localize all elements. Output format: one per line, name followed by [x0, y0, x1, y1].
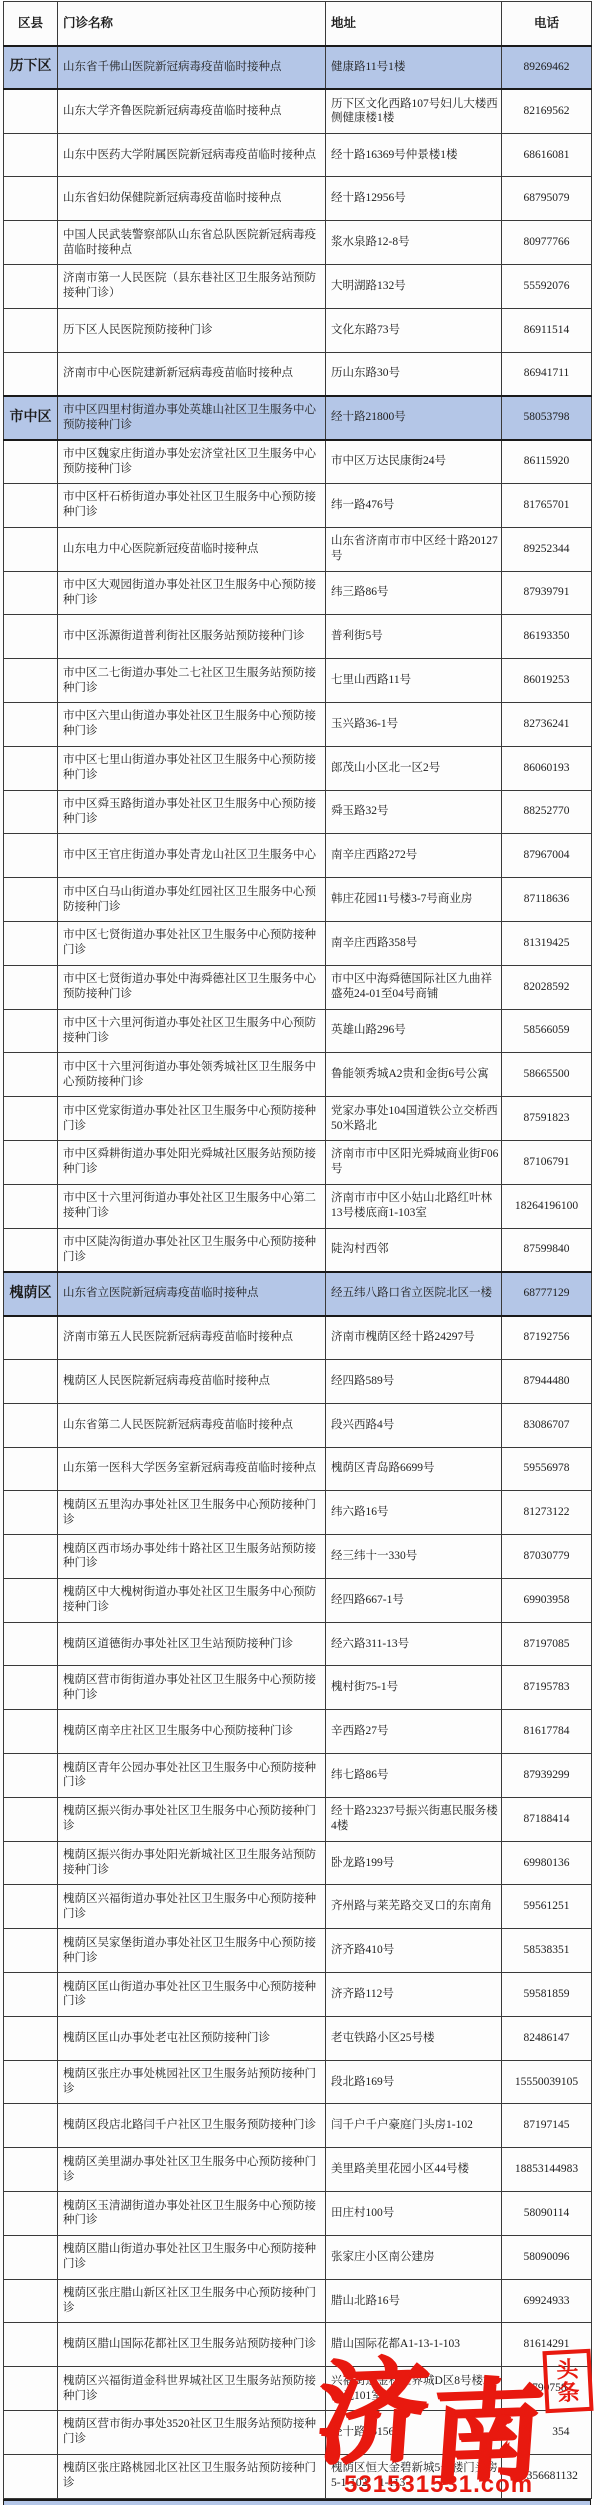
table-row: 市中区泺源街道普利街社区服务站预防接种门诊普利街5号86193350	[4, 615, 592, 659]
phone-cell: 82028592	[502, 965, 592, 1009]
clinic-name-cell: 槐荫区中大槐树街道办事处社区卫生服务中心预防接种门诊	[58, 1578, 326, 1622]
phone-cell: 87197145	[502, 2104, 592, 2148]
phone-cell: 81617784	[502, 1710, 592, 1754]
address-cell: 槐村街75-1号	[326, 1666, 502, 1710]
phone-cell: 87118636	[502, 878, 592, 922]
clinic-name-cell: 山东电力中心医院新冠疫苗临时接种点	[58, 527, 326, 571]
clinic-name-cell: 市中区四里村街道办事处英雄山社区卫生服务中心预防接种门诊	[58, 396, 326, 440]
district-cell	[4, 659, 58, 703]
phone-cell: 87197085	[502, 1622, 592, 1666]
district-cell	[4, 133, 58, 177]
table-row: 槐荫区山东省立医院新冠病毒疫苗临时接种点经五纬八路口省立医院北区一楼687771…	[4, 1272, 592, 1316]
address-cell: 济南市市中区小姑山北路红叶林13号楼底商1-103室	[326, 1184, 502, 1228]
table-row: 山东中医药大学附属医院新冠病毒疫苗临时接种点经十路16369号仲景楼1楼6861…	[4, 133, 592, 177]
district-cell	[4, 834, 58, 878]
clinic-name-cell: 历下区人民医院预防接种门诊	[58, 308, 326, 352]
district-cell	[4, 1184, 58, 1228]
phone-cell: 69980136	[502, 1841, 592, 1885]
clinic-name-cell: 槐荫区美里湖办事处社区卫生服务中心预防接种门诊	[58, 2148, 326, 2192]
clinic-name-cell: 市中区六里山街道办事处社区卫生服务中心预防接种门诊	[58, 702, 326, 746]
table-row: 市中区魏家庄街道办事处宏济堂社区卫生服务中心预防接种门诊市中区万达民康街24号8…	[4, 440, 592, 484]
clinic-name-cell: 市中区大观园街道办事处社区卫生服务中心预防接种门诊	[58, 571, 326, 615]
district-cell	[4, 1491, 58, 1535]
phone-cell: 69924933	[502, 2279, 592, 2323]
address-cell: 市中区中海舜德国际社区九曲祥盛苑24-01至04号商铺	[326, 965, 502, 1009]
phone-cell: 81614291	[502, 2323, 592, 2367]
district-cell	[4, 89, 58, 133]
clinic-name-cell: 槐荫区张庄路桃园北区社区卫生服务站预防接种门诊	[58, 2454, 326, 2498]
address-cell: 陡沟村西邻	[326, 1228, 502, 1272]
table-row: 槐荫区营市街办事处3520社区卫生服务站预防接种门诊经十路25156号8 354	[4, 2411, 592, 2455]
clinic-name-cell: 槐荫区五里沟办事处社区卫生服务中心预防接种门诊	[58, 1491, 326, 1535]
address-cell: 齐州路与莱芜路交叉口的东南角	[326, 1885, 502, 1929]
district-cell	[4, 615, 58, 659]
address-cell: 纬三路86号	[326, 571, 502, 615]
district-cell	[4, 1885, 58, 1929]
table-row: 槐荫区兴福街道办事处社区卫生服务中心预防接种门诊齐州路与莱芜路交叉口的东南角59…	[4, 1885, 592, 1929]
phone-cell: 15550039105	[502, 2060, 592, 2104]
clinic-name-cell: 市中区党家街道办事处社区卫生服务中心预防接种门诊	[58, 1097, 326, 1141]
address-cell: 经四路589号	[326, 1359, 502, 1403]
district-cell	[4, 1359, 58, 1403]
address-cell: 文化东路73号	[326, 308, 502, 352]
address-cell: 市中区万达民康街24号	[326, 440, 502, 484]
district-cell	[4, 1228, 58, 1272]
phone-cell: 87967004	[502, 834, 592, 878]
address-cell: 槐荫区青岛路6699号	[326, 1447, 502, 1491]
table-row: 山东省第二人民医院新冠病毒疫苗临时接种点段兴西路4号83086707	[4, 1403, 592, 1447]
district-cell	[4, 746, 58, 790]
address-cell: 纬一路476号	[326, 483, 502, 527]
table-row: 市中区陡沟街道办事处社区卫生服务中心预防接种门诊陡沟村西邻87599840	[4, 1228, 592, 1272]
phone-cell: 58566059	[502, 1009, 592, 1053]
address-cell: 鲁能领秀城A2贵和金街6号公寓	[326, 1053, 502, 1097]
table-row: 山东第一医科大学医务室新冠病毒疫苗临时接种点槐荫区青岛路6699号5955697…	[4, 1447, 592, 1491]
district-cell	[4, 790, 58, 834]
address-cell: 济齐路410号	[326, 1929, 502, 1973]
address-cell: 党家办事处104国道铁公立交桥西50米路北	[326, 1097, 502, 1141]
clinic-name-cell: 槐荫区西市场办事处纬十路社区卫生服务站预防接种门诊	[58, 1535, 326, 1579]
district-cell	[4, 2060, 58, 2104]
district-cell	[4, 1316, 58, 1360]
table-row: 槐荫区玉清湖街道办事处社区卫生服务中心预防接种门诊田庄村100号58090114	[4, 2192, 592, 2236]
table-row: 槐荫区腊山国际花都社区卫生服务站预防接种门诊腊山国际花都A1-13-1-1038…	[4, 2323, 592, 2367]
phone-cell: 18853144983	[502, 2148, 592, 2192]
phone-cell: 81273122	[502, 1491, 592, 1535]
clinic-name-cell: 山东中医药大学附属医院新冠病毒疫苗临时接种点	[58, 133, 326, 177]
address-cell: 历下区文化西路107号妇儿大楼西侧健康楼1楼	[326, 89, 502, 133]
phone-cell: 68777129	[502, 1272, 592, 1316]
table-header-row: 区县 门诊名称 地址 电话	[4, 2, 592, 46]
address-cell: 腊山国际花都A1-13-1-103	[326, 2323, 502, 2367]
clinic-name-cell: 市中区泺源街道普利街社区服务站预防接种门诊	[58, 615, 326, 659]
district-cell	[4, 2323, 58, 2367]
phone-cell: 82736241	[502, 702, 592, 746]
address-cell: 健康路11号1楼	[326, 46, 502, 90]
phone-cell: 55592076	[502, 264, 592, 308]
table-row: 市中区党家街道办事处社区卫生服务中心预防接种门诊党家办事处104国道铁公立交桥西…	[4, 1097, 592, 1141]
phone-cell: 86060193	[502, 746, 592, 790]
district-cell	[4, 483, 58, 527]
table-body: 历下区山东省千佛山医院新冠病毒疫苗临时接种点健康路11号1楼89269462山东…	[4, 46, 592, 2499]
phone-cell: 87599840	[502, 1228, 592, 1272]
clinic-name-cell: 槐荫区营市街办事处3520社区卫生服务站预防接种门诊	[58, 2411, 326, 2455]
phone-cell: 82486147	[502, 2016, 592, 2060]
address-cell: 英雄山路296号	[326, 1009, 502, 1053]
address-cell: 玉兴路36-1号	[326, 702, 502, 746]
district-cell	[4, 527, 58, 571]
table-row: 槐荫区人民医院新冠病毒疫苗临时接种点经四路589号87944480	[4, 1359, 592, 1403]
clinic-name-cell: 山东省第二人民医院新冠病毒疫苗临时接种点	[58, 1403, 326, 1447]
table-row: 山东大学齐鲁医院新冠病毒疫苗临时接种点历下区文化西路107号妇儿大楼西侧健康楼1…	[4, 89, 592, 133]
clinic-name-cell: 槐荫区段店北路闫千户社区卫生服务预防接种门诊	[58, 2104, 326, 2148]
district-cell	[4, 2148, 58, 2192]
district-cell	[4, 1009, 58, 1053]
address-cell: 经十路25156号	[326, 2411, 502, 2455]
district-cell	[4, 965, 58, 1009]
address-cell: 南辛庄西路358号	[326, 921, 502, 965]
address-cell: 纬七路86号	[326, 1754, 502, 1798]
header-address: 地址	[326, 2, 502, 46]
phone-cell: 87939791	[502, 571, 592, 615]
table-row: 槐荫区西市场办事处纬十路社区卫生服务站预防接种门诊经三纬十一330号870307…	[4, 1535, 592, 1579]
table-row: 市中区二七街道办事处二七社区卫生服务站预防接种门诊七里山西路11号8601925…	[4, 659, 592, 703]
clinic-name-cell: 市中区七里山街道办事处社区卫生服务中心预防接种门诊	[58, 746, 326, 790]
district-cell	[4, 1578, 58, 1622]
address-cell: 美里路美里花园小区44号楼	[326, 2148, 502, 2192]
phone-cell: 87939299	[502, 1754, 592, 1798]
phone-cell: 8 354	[502, 2411, 592, 2455]
phone-cell: 80977766	[502, 221, 592, 265]
phone-cell: 59556978	[502, 1447, 592, 1491]
table-row: 槐荫区吴家堡街道办事处社区卫生服务中心预防接种门诊济齐路410号58538351	[4, 1929, 592, 1973]
table-row: 槐荫区营市街街道办事处社区卫生服务中心预防接种门诊槐村街75-1号8719578…	[4, 1666, 592, 1710]
district-cell	[4, 2454, 58, 2498]
district-cell	[4, 1622, 58, 1666]
district-cell	[4, 177, 58, 221]
table-row: 市中区十六里河街道办事处社区卫生服务中心第二接种门诊济南市市中区小姑山北路红叶林…	[4, 1184, 592, 1228]
district-cell	[4, 2104, 58, 2148]
phone-cell: 89269462	[502, 46, 592, 90]
vaccination-clinic-list-page: 区县 门诊名称 地址 电话 历下区山东省千佛山医院新冠病毒疫苗临时接种点健康路1…	[0, 0, 600, 2505]
address-cell: 段兴西路4号	[326, 1403, 502, 1447]
header-clinic-name: 门诊名称	[58, 2, 326, 46]
clinic-name-cell: 槐荫区匡山办事处老屯社区预防接种门诊	[58, 2016, 326, 2060]
clinic-name-cell: 山东第一医科大学医务室新冠病毒疫苗临时接种点	[58, 1447, 326, 1491]
district-cell	[4, 2016, 58, 2060]
district-cell	[4, 2192, 58, 2236]
clinic-name-cell: 山东省千佛山医院新冠病毒疫苗临时接种点	[58, 46, 326, 90]
district-cell: 历下区	[4, 46, 58, 90]
table-row: 槐荫区张庄路桃园北区社区卫生服务站预防接种门诊槐荫区恒大金碧新城5号楼门头房5-…	[4, 2454, 592, 2498]
address-cell: 腊山北路16号	[326, 2279, 502, 2323]
phone-cell: 18264196100	[502, 1184, 592, 1228]
phone-cell: 86911514	[502, 308, 592, 352]
district-cell: 市中区	[4, 396, 58, 440]
district-cell	[4, 2279, 58, 2323]
table-row: 槐荫区腊山街道办事处社区卫生服务中心预防接种门诊张家庄小区南公建房5809009…	[4, 2235, 592, 2279]
address-cell: 南辛庄西路272号	[326, 834, 502, 878]
district-cell	[4, 1797, 58, 1841]
phone-cell: 86941711	[502, 352, 592, 396]
district-cell	[4, 571, 58, 615]
district-cell	[4, 1710, 58, 1754]
address-cell: 槐荫区恒大金碧新城5号楼门头房5-1-102、1-113	[326, 2454, 502, 2498]
phone-cell: 69903958	[502, 1578, 592, 1622]
address-cell: 卧龙路199号	[326, 1841, 502, 1885]
district-cell	[4, 1535, 58, 1579]
table-row: 槐荫区张庄办事处桃园社区卫生服务站预防接种门诊段北路169号1555003910…	[4, 2060, 592, 2104]
next-district-row-partial	[3, 2499, 591, 2505]
clinic-name-cell: 槐荫区匡山街道办事处社区卫生服务中心预防接种门诊	[58, 1973, 326, 2017]
table-row: 中国人民武装警察部队山东省总队医院新冠病毒疫苗临时接种点浆水泉路12-8号809…	[4, 221, 592, 265]
address-cell: 田庄村100号	[326, 2192, 502, 2236]
clinic-name-cell: 市中区杆石桥街道办事处社区卫生服务中心预防接种门诊	[58, 483, 326, 527]
phone-cell: 68616081	[502, 133, 592, 177]
table-row: 济南市第五人民医院新冠病毒疫苗临时接种点济南市槐荫区经十路24297号87192…	[4, 1316, 592, 1360]
phone-cell: 58090114	[502, 2192, 592, 2236]
clinic-name-cell: 槐荫区腊山国际花都社区卫生服务站预防接种门诊	[58, 2323, 326, 2367]
address-cell: 张家庄小区南公建房	[326, 2235, 502, 2279]
address-cell: 大明湖路132号	[326, 264, 502, 308]
phone-cell: 58665500	[502, 1053, 592, 1097]
phone-cell: 87944480	[502, 1359, 592, 1403]
table-row: 市中区大观园街道办事处社区卫生服务中心预防接种门诊纬三路86号87939791	[4, 571, 592, 615]
phone-cell: 87195783	[502, 1666, 592, 1710]
table-row: 济南市第一人民医院（县东巷社区卫生服务站预防接种门诊）大明湖路132号55592…	[4, 264, 592, 308]
table-row: 槐荫区振兴街办事处社区卫生服务中心预防接种门诊经十路23237号振兴街惠民服务楼…	[4, 1797, 592, 1841]
table-row: 槐荫区匡山街道办事处社区卫生服务中心预防接种门诊济齐路112号59581859	[4, 1973, 592, 2017]
address-cell: 纬六路16号	[326, 1491, 502, 1535]
table-row: 历下区山东省千佛山医院新冠病毒疫苗临时接种点健康路11号1楼89269462	[4, 46, 592, 90]
phone-cell: 82169562	[502, 89, 592, 133]
clinic-name-cell: 槐荫区青年公园办事处社区卫生服务中心预防接种门诊	[58, 1754, 326, 1798]
table-row: 山东省妇幼保健院新冠病毒疫苗临时接种点经十路12956号68795079	[4, 177, 592, 221]
address-cell: 经三纬十一330号	[326, 1535, 502, 1579]
district-cell: 槐荫区	[4, 1272, 58, 1316]
clinic-name-cell: 市中区白马山街道办事处红园社区卫生服务中心预防接种门诊	[58, 878, 326, 922]
phone-cell: 87591823	[502, 1097, 592, 1141]
district-cell	[4, 1097, 58, 1141]
district-cell	[4, 1403, 58, 1447]
clinic-name-cell: 济南市第一人民医院（县东巷社区卫生服务站预防接种门诊）	[58, 264, 326, 308]
address-cell: 经十路16369号仲景楼1楼	[326, 133, 502, 177]
clinic-name-cell: 济南市中心医院建新新冠病毒疫苗临时接种点	[58, 352, 326, 396]
table-row: 市中区杆石桥街道办事处社区卫生服务中心预防接种门诊纬一路476号81765701	[4, 483, 592, 527]
address-cell: 韩庄花园11号楼3-7号商业房	[326, 878, 502, 922]
clinic-name-cell: 市中区十六里河街道办事处社区卫生服务中心第二接种门诊	[58, 1184, 326, 1228]
header-district: 区县	[4, 2, 58, 46]
district-cell	[4, 264, 58, 308]
table-row: 槐荫区美里湖办事处社区卫生服务中心预防接种门诊美里路美里花园小区44号楼1885…	[4, 2148, 592, 2192]
table-row: 市中区舜玉路街道办事处社区卫生服务中心预防接种门诊舜玉路32号88252770	[4, 790, 592, 834]
district-cell	[4, 2367, 58, 2411]
address-cell: 兴福街道金科世界城D区8号楼2单元101室	[326, 2367, 502, 2411]
clinic-name-cell: 市中区舜耕街道办事处阳光舜城社区服务站预防接种门诊	[58, 1140, 326, 1184]
phone-cell: 89252344	[502, 527, 592, 571]
address-cell: 闫千户千户豪庭门头房1-102	[326, 2104, 502, 2148]
district-cell	[4, 1973, 58, 2017]
table-row: 槐荫区张庄腊山新区社区卫生服务中心预防接种门诊腊山北路16号69924933	[4, 2279, 592, 2323]
vaccination-clinic-table: 区县 门诊名称 地址 电话 历下区山东省千佛山医院新冠病毒疫苗临时接种点健康路1…	[3, 1, 592, 2499]
clinic-name-cell: 山东省立医院新冠病毒疫苗临时接种点	[58, 1272, 326, 1316]
table-row: 市中区六里山街道办事处社区卫生服务中心预防接种门诊玉兴路36-1号8273624…	[4, 702, 592, 746]
address-cell: 经十路12956号	[326, 177, 502, 221]
table-row: 槐荫区五里沟办事处社区卫生服务中心预防接种门诊纬六路16号81273122	[4, 1491, 592, 1535]
phone-cell: 13356681132	[502, 2454, 592, 2498]
phone-cell: 58053798	[502, 396, 592, 440]
phone-cell: 87106791	[502, 1140, 592, 1184]
clinic-name-cell: 山东大学齐鲁医院新冠病毒疫苗临时接种点	[58, 89, 326, 133]
phone-cell: 87188414	[502, 1797, 592, 1841]
table-row: 市中区十六里河街道办事处领秀城社区卫生服务中心预防接种门诊鲁能领秀城A2贵和金街…	[4, 1053, 592, 1097]
district-cell	[4, 1140, 58, 1184]
district-cell	[4, 1666, 58, 1710]
address-cell: 舜玉路32号	[326, 790, 502, 834]
clinic-name-cell: 槐荫区振兴街办事处阳光新城社区卫生服务站预防接种门诊	[58, 1841, 326, 1885]
clinic-name-cell: 槐荫区张庄办事处桃园社区卫生服务站预防接种门诊	[58, 2060, 326, 2104]
clinic-name-cell: 槐荫区兴福街道金科世界城社区卫生服务站预防接种门诊	[58, 2367, 326, 2411]
clinic-name-cell: 槐荫区玉清湖街道办事处社区卫生服务中心预防接种门诊	[58, 2192, 326, 2236]
clinic-name-cell: 槐荫区兴福街道办事处社区卫生服务中心预防接种门诊	[58, 1885, 326, 1929]
address-cell: 老屯铁路小区25号楼	[326, 2016, 502, 2060]
phone-cell: 86115920	[502, 440, 592, 484]
table-row: 市中区市中区四里村街道办事处英雄山社区卫生服务中心预防接种门诊经十路21800号…	[4, 396, 592, 440]
district-cell	[4, 1841, 58, 1885]
district-cell	[4, 702, 58, 746]
district-cell	[4, 352, 58, 396]
address-cell: 山东省济南市市中区经十路20127号	[326, 527, 502, 571]
address-cell: 郎茂山小区北一区2号	[326, 746, 502, 790]
table-row: 历下区人民医院预防接种门诊文化东路73号86911514	[4, 308, 592, 352]
phone-cell: 83086707	[502, 1403, 592, 1447]
clinic-name-cell: 槐荫区人民医院新冠病毒疫苗临时接种点	[58, 1359, 326, 1403]
clinic-name-cell: 槐荫区腊山街道办事处社区卫生服务中心预防接种门诊	[58, 2235, 326, 2279]
phone-cell: 86019253	[502, 659, 592, 703]
table-row: 市中区十六里河街道办事处社区卫生服务中心预防接种门诊英雄山路296号585660…	[4, 1009, 592, 1053]
district-cell	[4, 1053, 58, 1097]
table-row: 市中区白马山街道办事处红园社区卫生服务中心预防接种门诊韩庄花园11号楼3-7号商…	[4, 878, 592, 922]
district-cell	[4, 221, 58, 265]
clinic-name-cell: 市中区舜玉路街道办事处社区卫生服务中心预防接种门诊	[58, 790, 326, 834]
phone-cell: 87030779	[502, 1535, 592, 1579]
table-row: 槐荫区段店北路闫千户社区卫生服务预防接种门诊闫千户千户豪庭门头房1-102871…	[4, 2104, 592, 2148]
address-cell: 经六路311-13号	[326, 1622, 502, 1666]
address-cell: 辛西路27号	[326, 1710, 502, 1754]
district-cell	[4, 2235, 58, 2279]
table-row: 市中区七贤街道办事处社区卫生服务中心预防接种门诊南辛庄西路358号8131942…	[4, 921, 592, 965]
phone-cell: 59581859	[502, 1973, 592, 2017]
clinic-name-cell: 市中区魏家庄街道办事处宏济堂社区卫生服务中心预防接种门诊	[58, 440, 326, 484]
clinic-name-cell: 市中区王官庄街道办事处青龙山社区卫生服务中心	[58, 834, 326, 878]
district-cell	[4, 878, 58, 922]
address-cell: 经四路667-1号	[326, 1578, 502, 1622]
address-cell: 浆水泉路12-8号	[326, 221, 502, 265]
phone-cell: 87192756	[502, 1316, 592, 1360]
table-row: 济南市中心医院建新新冠病毒疫苗临时接种点历山东路30号86941711	[4, 352, 592, 396]
clinic-name-cell: 市中区七贤街道办事处中海舜德社区卫生服务中心预防接种门诊	[58, 965, 326, 1009]
clinic-name-cell: 市中区二七街道办事处二七社区卫生服务站预防接种门诊	[58, 659, 326, 703]
clinic-name-cell: 济南市第五人民医院新冠病毒疫苗临时接种点	[58, 1316, 326, 1360]
clinic-name-cell: 槐荫区营市街街道办事处社区卫生服务中心预防接种门诊	[58, 1666, 326, 1710]
table-row: 槐荫区道德街办事处社区卫生站预防接种门诊经六路311-13号87197085	[4, 1622, 592, 1666]
clinic-name-cell: 市中区陡沟街道办事处社区卫生服务中心预防接种门诊	[58, 1228, 326, 1272]
table-row: 市中区舜耕街道办事处阳光舜城社区服务站预防接种门诊济南市市中区阳光舜城商业街F0…	[4, 1140, 592, 1184]
address-cell: 经十路21800号	[326, 396, 502, 440]
phone-cell: 88252770	[502, 790, 592, 834]
address-cell: 济齐路112号	[326, 1973, 502, 2017]
phone-cell: 8790758	[502, 2367, 592, 2411]
address-cell: 经五纬八路口省立医院北区一楼	[326, 1272, 502, 1316]
table-row: 市中区七贤街道办事处中海舜德社区卫生服务中心预防接种门诊市中区中海舜德国际社区九…	[4, 965, 592, 1009]
district-cell	[4, 1447, 58, 1491]
clinic-name-cell: 槐荫区南辛庄社区卫生服务中心预防接种门诊	[58, 1710, 326, 1754]
district-cell	[4, 1929, 58, 1973]
district-cell	[4, 2411, 58, 2455]
address-cell: 普利街5号	[326, 615, 502, 659]
table-row: 槐荫区中大槐树街道办事处社区卫生服务中心预防接种门诊经四路667-1号69903…	[4, 1578, 592, 1622]
phone-cell: 58538351	[502, 1929, 592, 1973]
phone-cell: 86193350	[502, 615, 592, 659]
table-row: 槐荫区青年公园办事处社区卫生服务中心预防接种门诊纬七路86号87939299	[4, 1754, 592, 1798]
district-cell	[4, 440, 58, 484]
header-phone: 电话	[502, 2, 592, 46]
clinic-name-cell: 市中区十六里河街道办事处社区卫生服务中心预防接种门诊	[58, 1009, 326, 1053]
phone-cell: 59561251	[502, 1885, 592, 1929]
clinic-name-cell: 市中区七贤街道办事处社区卫生服务中心预防接种门诊	[58, 921, 326, 965]
clinic-name-cell: 中国人民武装警察部队山东省总队医院新冠病毒疫苗临时接种点	[58, 221, 326, 265]
table-row: 槐荫区兴福街道金科世界城社区卫生服务站预防接种门诊兴福街道金科世界城D区8号楼2…	[4, 2367, 592, 2411]
district-cell	[4, 921, 58, 965]
clinic-name-cell: 槐荫区吴家堡街道办事处社区卫生服务中心预防接种门诊	[58, 1929, 326, 1973]
table-row: 市中区七里山街道办事处社区卫生服务中心预防接种门诊郎茂山小区北一区2号86060…	[4, 746, 592, 790]
clinic-name-cell: 市中区十六里河街道办事处领秀城社区卫生服务中心预防接种门诊	[58, 1053, 326, 1097]
table-row: 市中区王官庄街道办事处青龙山社区卫生服务中心南辛庄西路272号87967004	[4, 834, 592, 878]
table-row: 山东电力中心医院新冠疫苗临时接种点山东省济南市市中区经十路20127号89252…	[4, 527, 592, 571]
phone-cell: 58090096	[502, 2235, 592, 2279]
address-cell: 经十路23237号振兴街惠民服务楼4楼	[326, 1797, 502, 1841]
address-cell: 七里山西路11号	[326, 659, 502, 703]
clinic-name-cell: 槐荫区振兴街办事处社区卫生服务中心预防接种门诊	[58, 1797, 326, 1841]
address-cell: 济南市市中区阳光舜城商业街F06号	[326, 1140, 502, 1184]
table-row: 槐荫区匡山办事处老屯社区预防接种门诊老屯铁路小区25号楼82486147	[4, 2016, 592, 2060]
district-cell	[4, 308, 58, 352]
table-row: 槐荫区振兴街办事处阳光新城社区卫生服务站预防接种门诊卧龙路199号6998013…	[4, 1841, 592, 1885]
district-cell	[4, 1754, 58, 1798]
clinic-name-cell: 槐荫区道德街办事处社区卫生站预防接种门诊	[58, 1622, 326, 1666]
table-row: 槐荫区南辛庄社区卫生服务中心预防接种门诊辛西路27号81617784	[4, 1710, 592, 1754]
phone-cell: 68795079	[502, 177, 592, 221]
clinic-name-cell: 槐荫区张庄腊山新区社区卫生服务中心预防接种门诊	[58, 2279, 326, 2323]
phone-cell: 81319425	[502, 921, 592, 965]
phone-cell: 81765701	[502, 483, 592, 527]
address-cell: 济南市槐荫区经十路24297号	[326, 1316, 502, 1360]
address-cell: 段北路169号	[326, 2060, 502, 2104]
address-cell: 历山东路30号	[326, 352, 502, 396]
clinic-name-cell: 山东省妇幼保健院新冠病毒疫苗临时接种点	[58, 177, 326, 221]
